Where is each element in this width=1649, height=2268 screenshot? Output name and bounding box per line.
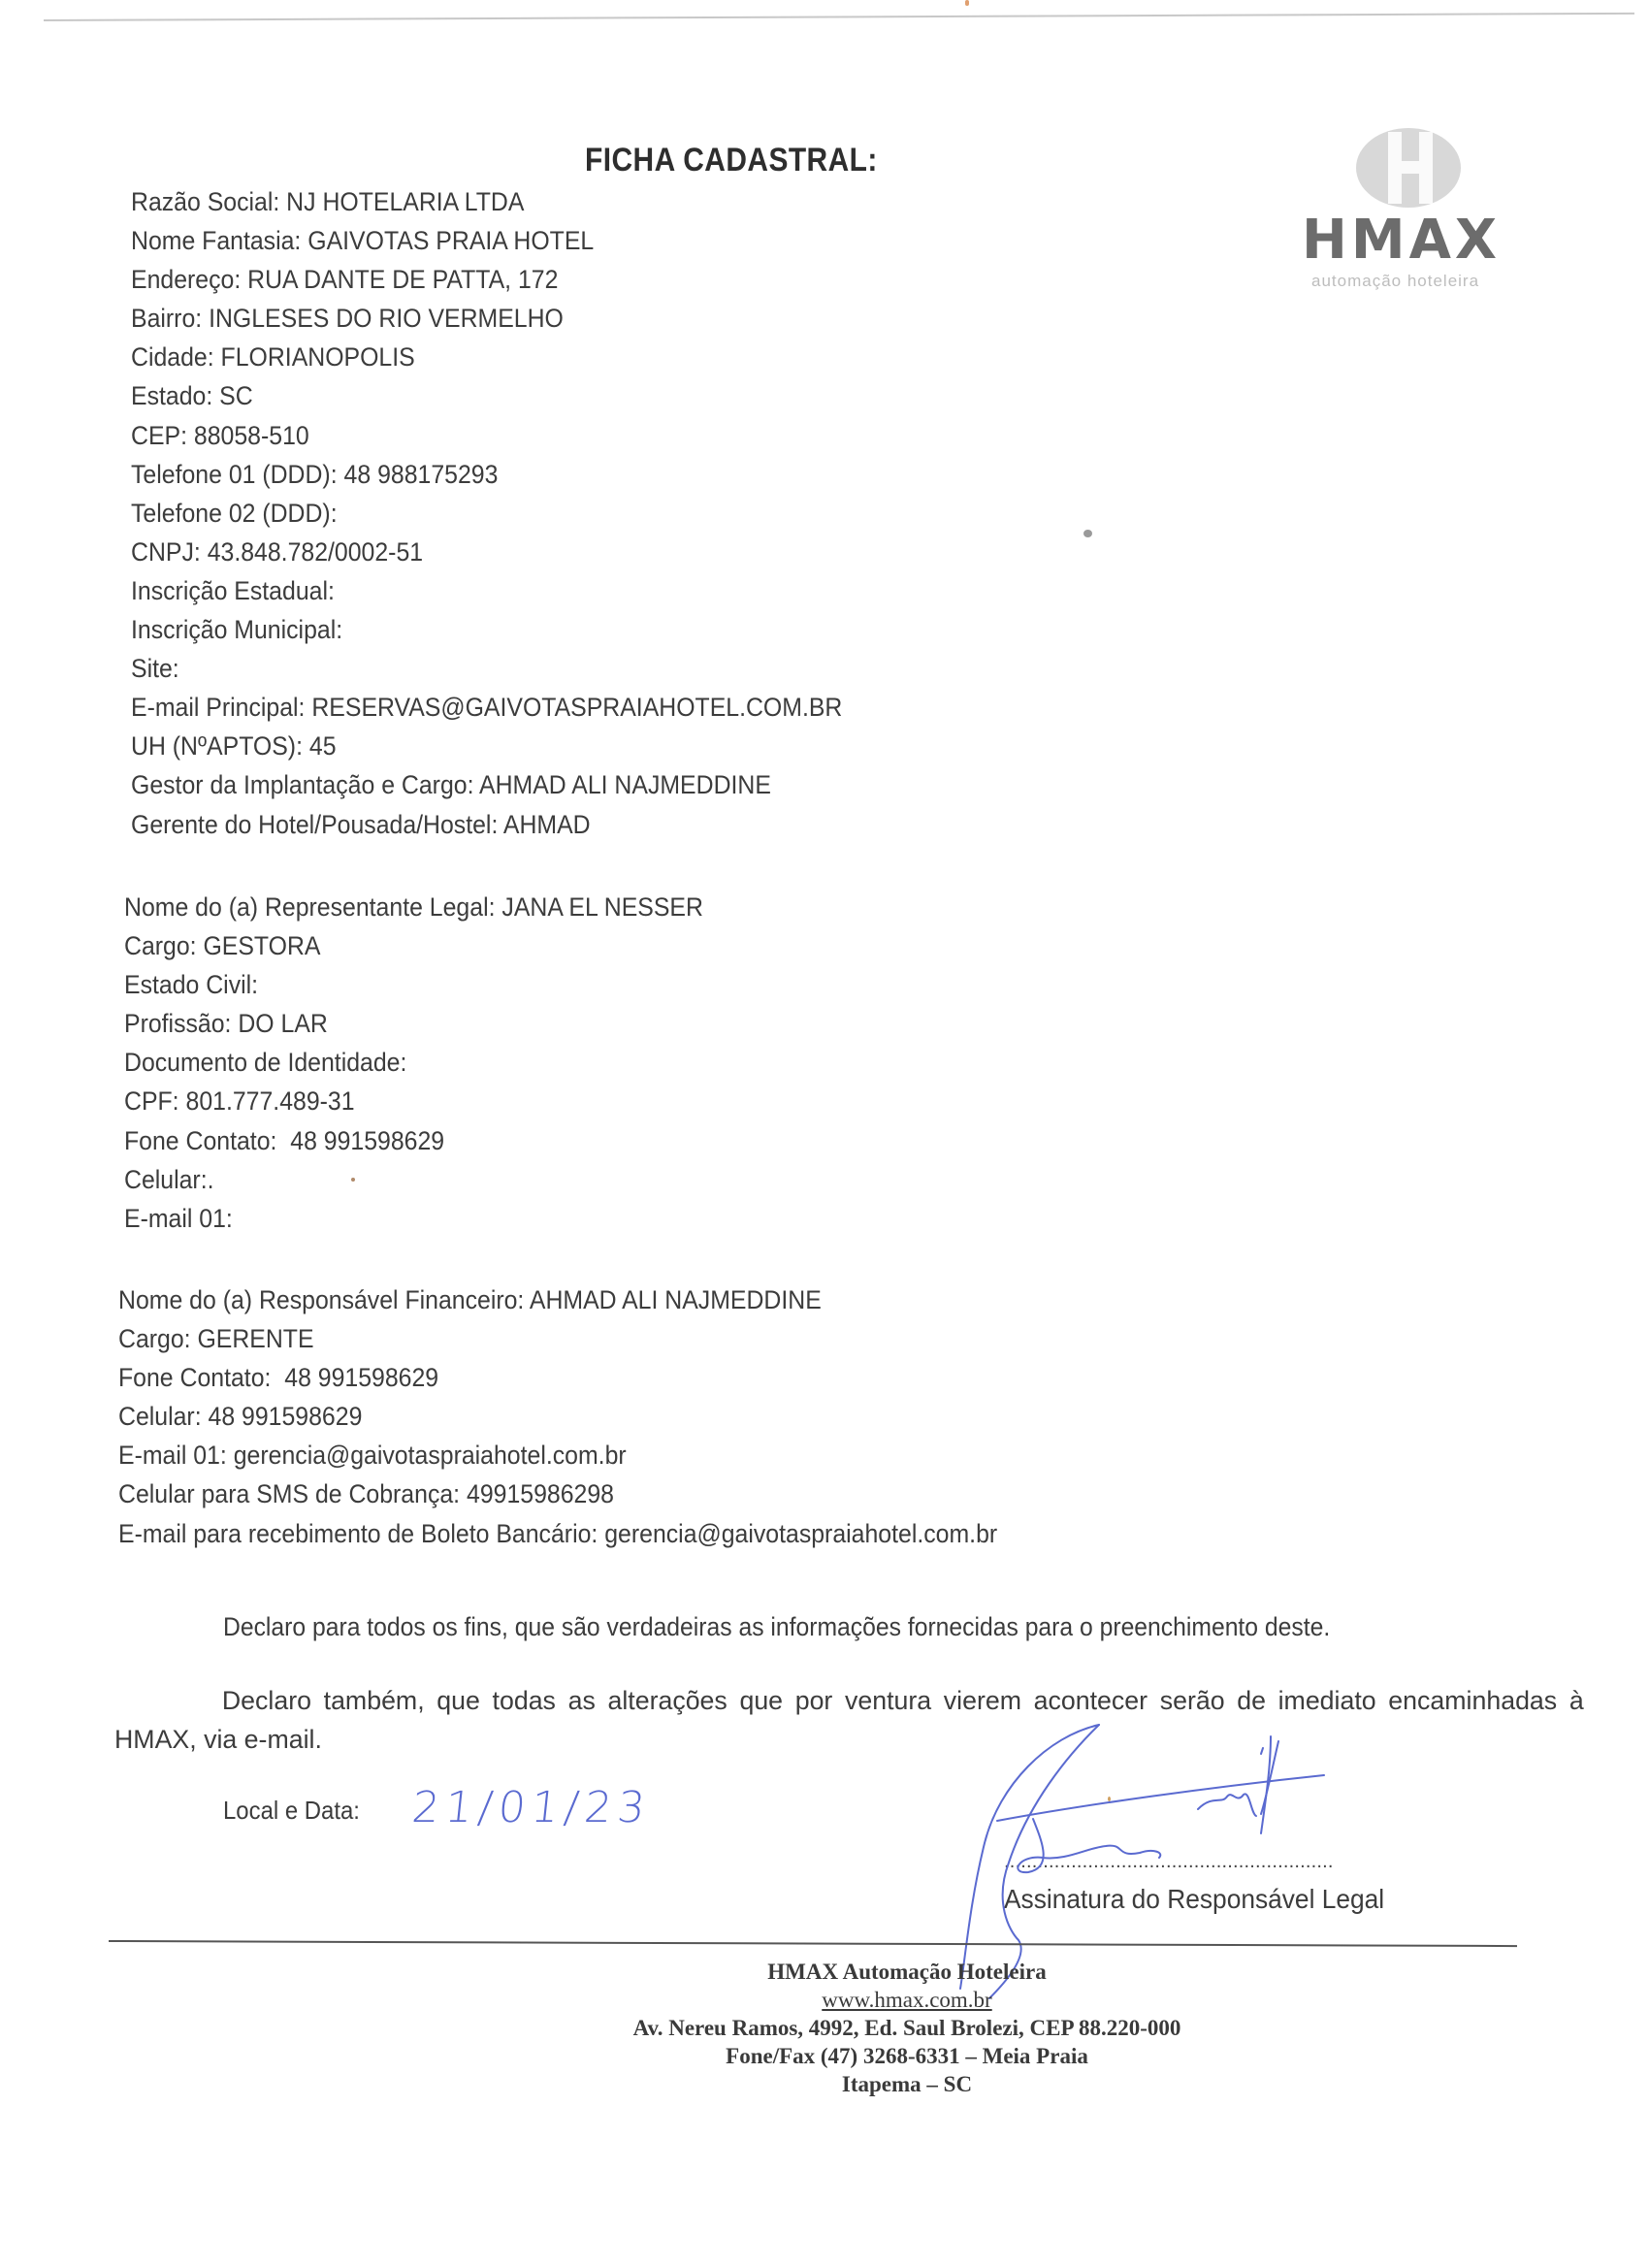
field-bairro: Bairro: INGLESES DO RIO VERMELHO — [131, 299, 842, 338]
field-email-boleto: E-mail para recebimento de Boleto Bancár… — [118, 1514, 997, 1553]
field-site: Site: — [131, 649, 842, 688]
hmax-logo: HMAX automação hoteleira — [1271, 116, 1523, 301]
field-uh-aptos: UH (NºAPTOS): 45 — [131, 727, 842, 765]
local-data-label: Local e Data: — [223, 1796, 360, 1826]
field-razao-social: Razão Social: NJ HOTELARIA LTDA — [131, 182, 842, 221]
legal-rep-fields: Nome do (a) Representante Legal: JANA EL… — [124, 888, 754, 1238]
field-endereco: Endereço: RUA DANTE DE PATTA, 172 — [131, 260, 842, 299]
field-fin-cargo: Cargo: GERENTE — [118, 1319, 997, 1358]
field-fin-email: E-mail 01: gerencia@gaivotaspraiahotel.c… — [118, 1436, 997, 1474]
footer: HMAX Automação Hoteleira www.hmax.com.br… — [456, 1958, 1358, 2098]
field-fin-celular: Celular: 48 991598629 — [118, 1397, 997, 1436]
logo-wordmark: HMAX — [1302, 209, 1501, 272]
footer-phone: Fone/Fax (47) 3268-6331 – Meia Praia — [456, 2042, 1358, 2070]
field-cidade: Cidade: FLORIANOPOLIS — [131, 338, 842, 376]
signature-label: Assinatura do Responsável Legal — [1004, 1884, 1384, 1915]
field-gestor-implantacao: Gestor da Implantação e Cargo: AHMAD ALI… — [131, 765, 842, 804]
field-profissao: Profissão: DO LAR — [124, 1004, 703, 1043]
field-estado-civil: Estado Civil: — [124, 965, 703, 1004]
scan-speck — [1108, 1797, 1111, 1801]
page-title: FICHA CADASTRAL: — [585, 142, 878, 179]
signature-line: ........................................… — [1004, 1851, 1334, 1873]
scan-speck — [965, 0, 969, 6]
scan-edge-line — [44, 13, 1634, 21]
footer-company: HMAX Automação Hoteleira — [456, 1958, 1358, 1986]
field-rep-fone-contato: Fone Contato: 48 991598629 — [124, 1121, 703, 1160]
footer-city: Itapema – SC — [456, 2070, 1358, 2098]
field-telefone-02: Telefone 02 (DDD): — [131, 494, 842, 533]
declaration-2: Declaro também, que todas as alterações … — [114, 1681, 1584, 1759]
footer-divider — [109, 1940, 1517, 1947]
field-rep-email: E-mail 01: — [124, 1199, 703, 1238]
field-sms-cobranca: Celular para SMS de Cobrança: 4991598629… — [118, 1474, 997, 1513]
field-fin-fone-contato: Fone Contato: 48 991598629 — [118, 1358, 997, 1397]
footer-url[interactable]: www.hmax.com.br — [456, 1986, 1358, 2014]
financial-fields: Nome do (a) Responsável Financeiro: AHMA… — [118, 1280, 1074, 1553]
field-cpf: CPF: 801.777.489-31 — [124, 1082, 703, 1120]
scan-speck — [1083, 530, 1092, 537]
field-gerente-hotel: Gerente do Hotel/Pousada/Hostel: AHMAD — [131, 805, 842, 844]
scan-speck — [351, 1178, 355, 1182]
field-documento-identidade: Documento de Identidade: — [124, 1043, 703, 1082]
field-representante-legal: Nome do (a) Representante Legal: JANA EL… — [124, 888, 703, 926]
field-rep-celular: Celular:. — [124, 1160, 703, 1199]
field-cnpj: CNPJ: 43.848.782/0002-51 — [131, 533, 842, 571]
logo-tagline: automação hoteleira — [1311, 272, 1479, 291]
field-telefone-01: Telefone 01 (DDD): 48 988175293 — [131, 455, 842, 494]
h-letter-icon — [1388, 132, 1433, 204]
field-inscricao-municipal: Inscrição Municipal: — [131, 610, 842, 649]
field-rep-cargo: Cargo: GESTORA — [124, 926, 703, 965]
field-inscricao-estadual: Inscrição Estadual: — [131, 571, 842, 610]
field-responsavel-financeiro: Nome do (a) Responsável Financeiro: AHMA… — [118, 1280, 997, 1319]
company-fields: Razão Social: NJ HOTELARIA LTDA Nome Fan… — [131, 182, 904, 844]
field-estado: Estado: SC — [131, 376, 842, 415]
local-data-value: 21/01/23 — [409, 1783, 653, 1832]
field-nome-fantasia: Nome Fantasia: GAIVOTAS PRAIA HOTEL — [131, 221, 842, 260]
declaration-1: Declaro para todos os fins, que são verd… — [223, 1607, 1330, 1646]
field-cep: CEP: 88058-510 — [131, 416, 842, 455]
footer-address: Av. Nereu Ramos, 4992, Ed. Saul Brolezi,… — [456, 2014, 1358, 2042]
field-email-principal: E-mail Principal: RESERVAS@GAIVOTASPRAIA… — [131, 688, 842, 727]
